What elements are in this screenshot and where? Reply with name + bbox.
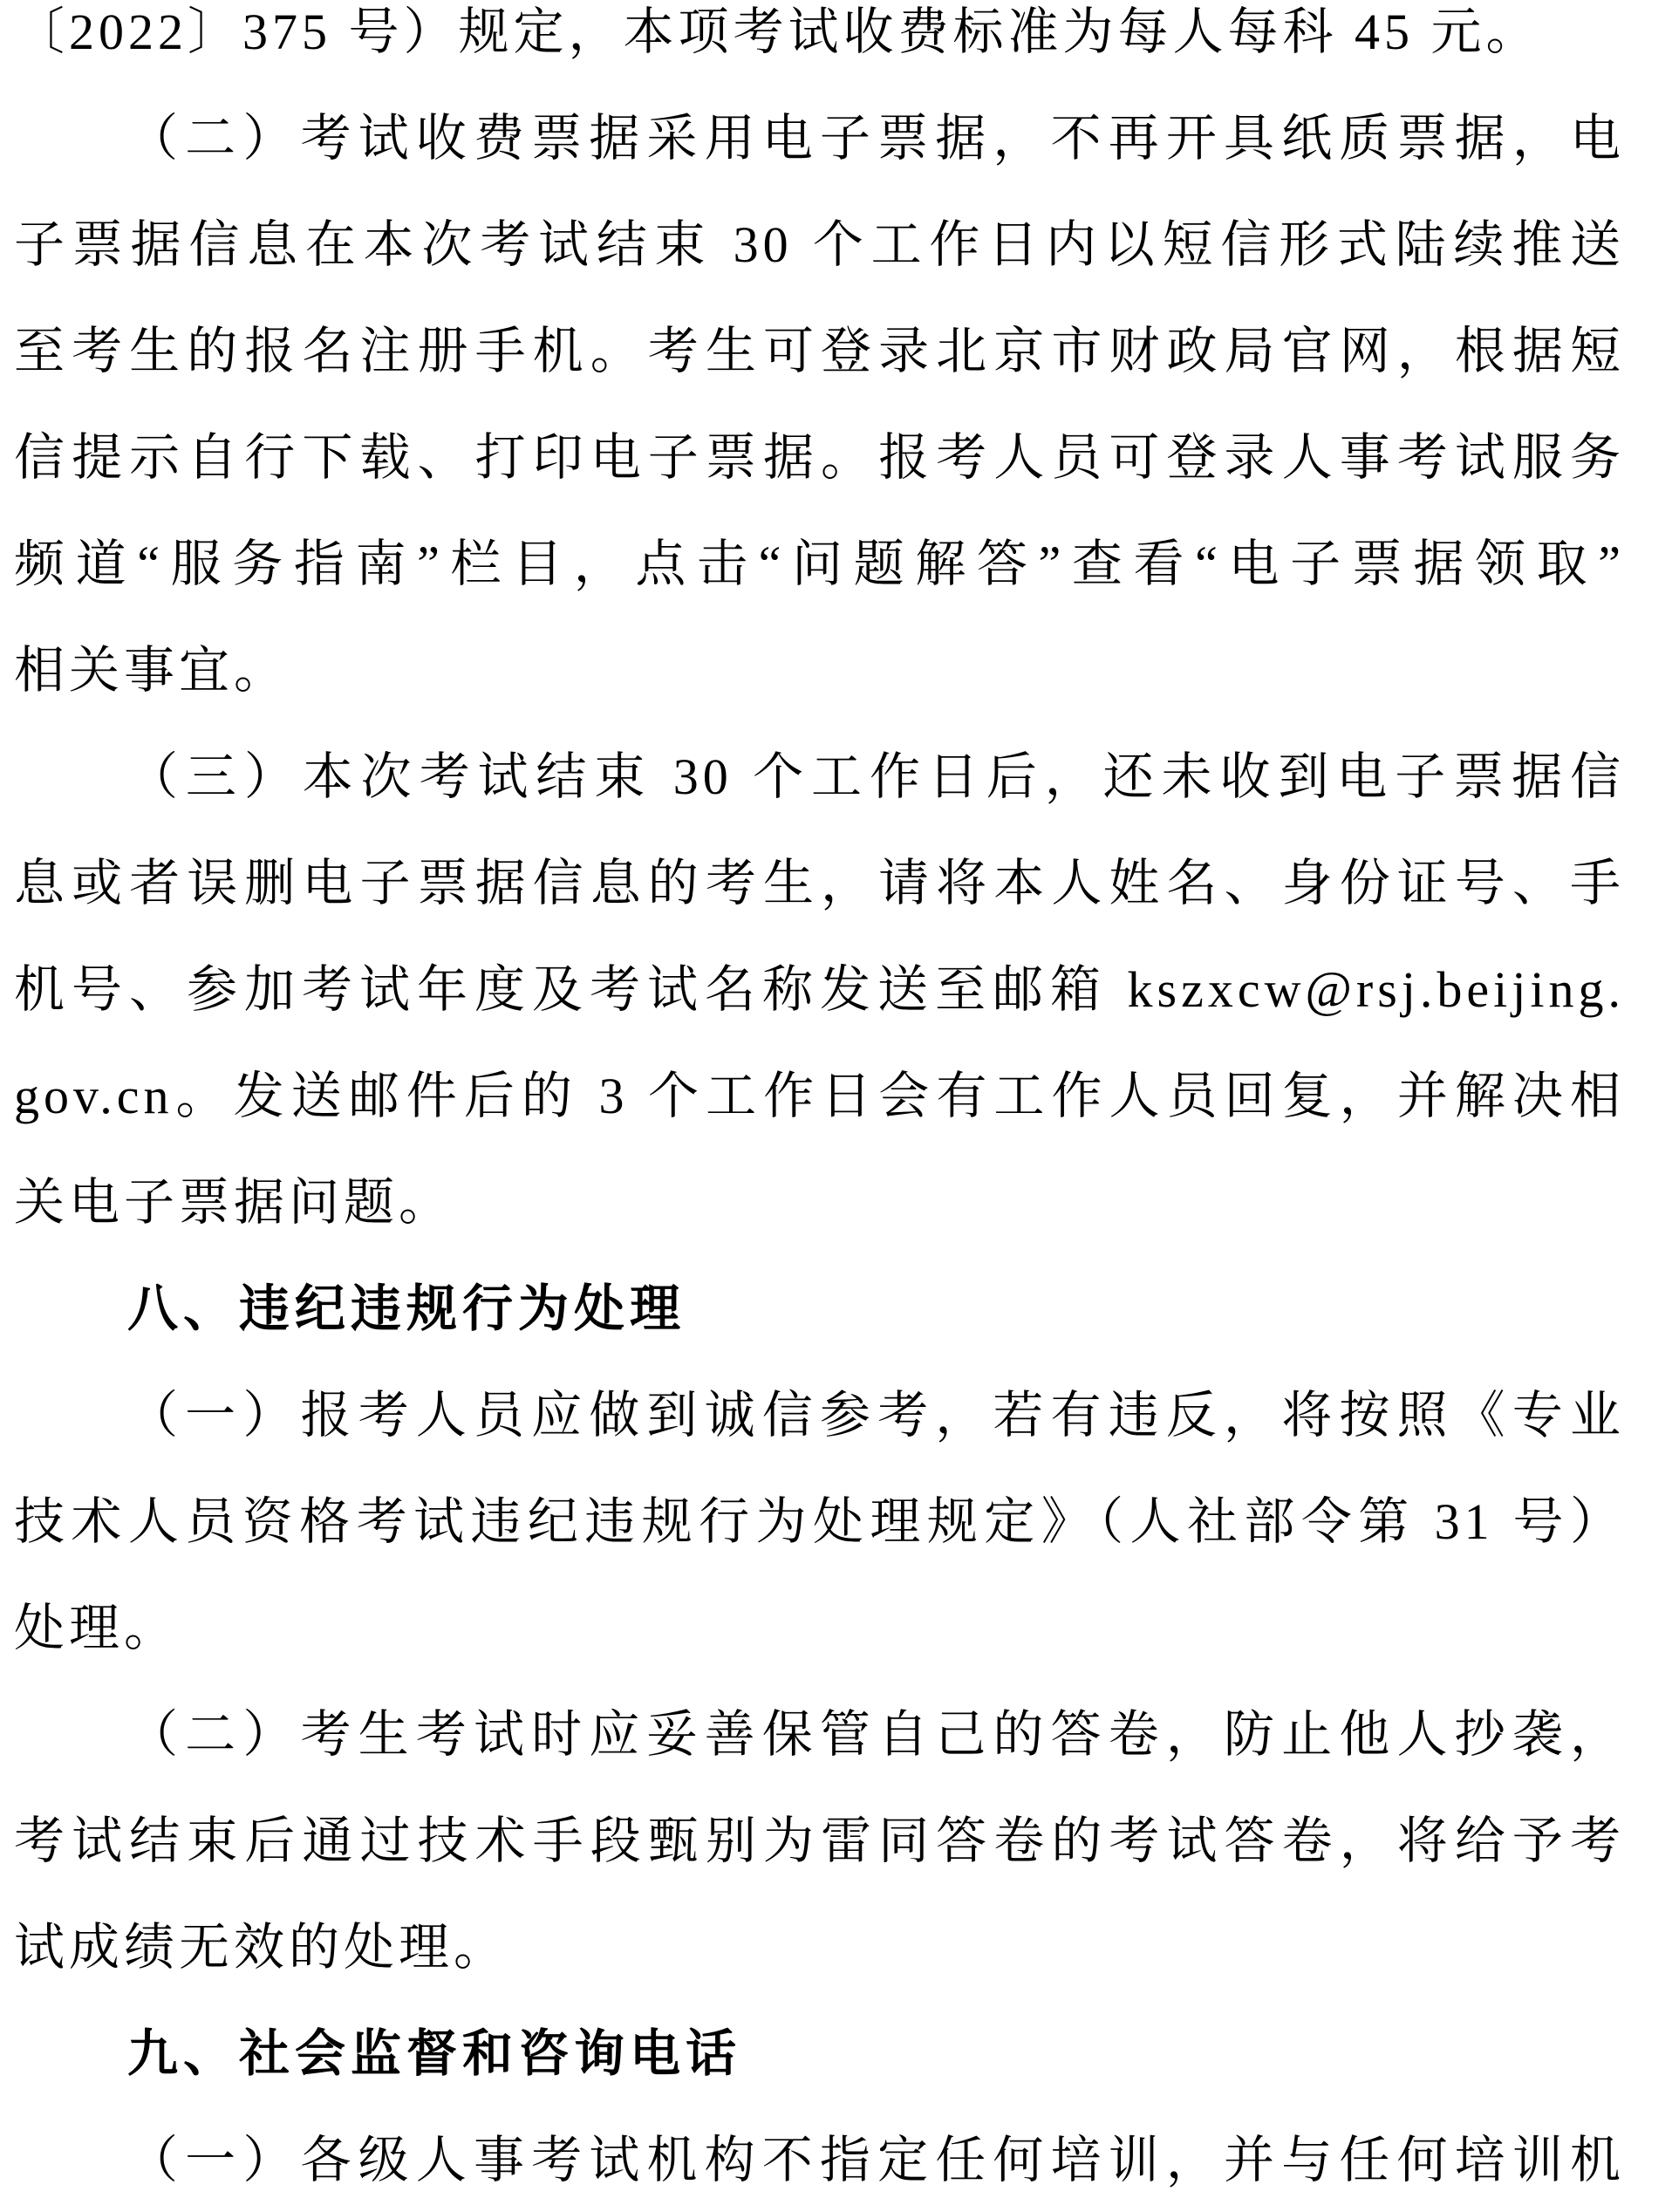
text-line: gov.cn。发送邮件后的 3 个工作日会有工作人员回复，并解决相 bbox=[14, 1043, 1625, 1150]
text-line: 〔2022〕375 号）规定，本项考试收费标准为每人每科 45 元。 bbox=[14, 0, 1625, 85]
text-line: 技术人员资格考试违纪违规行为处理规定》（人社部令第 31 号） bbox=[14, 1469, 1625, 1575]
text-line: 息或者误删电子票据信息的考生，请将本人姓名、身份证号、手 bbox=[14, 830, 1625, 937]
text-line: 试成绩无效的处理。 bbox=[14, 1895, 1625, 2001]
text-line: 机号、参加考试年度及考试名称发送至邮箱 kszxcw@rsj.beijing. bbox=[14, 937, 1625, 1043]
text-line: （二）考试收费票据采用电子票据，不再开具纸质票据，电 bbox=[14, 85, 1625, 192]
text-line: 至考生的报名注册手机。考生可登录北京市财政局官网，根据短 bbox=[14, 298, 1625, 405]
text-line: 考试结束后通过技术手段甄别为雷同答卷的考试答卷，将给予考 bbox=[14, 1788, 1625, 1895]
text-line: （三）本次考试结束 30 个工作日后，还未收到电子票据信 bbox=[14, 724, 1625, 830]
text-line: （二）考生考试时应妥善保管自己的答卷，防止他人抄袭， bbox=[14, 1682, 1625, 1788]
text-line: 相关事宜。 bbox=[14, 618, 1625, 724]
document-page: 〔2022〕375 号）规定，本项考试收费标准为每人每科 45 元。（二）考试收… bbox=[0, 0, 1672, 2212]
text-line: 子票据信息在本次考试结束 30 个工作日内以短信形式陆续推送 bbox=[14, 192, 1625, 298]
section-heading: 九、社会监督和咨询电话 bbox=[14, 2001, 1625, 2107]
text-line: 处理。 bbox=[14, 1575, 1625, 1682]
text-line: （一）报考人员应做到诚信参考，若有违反，将按照《专业 bbox=[14, 1362, 1625, 1469]
section-heading: 八、违纪违规行为处理 bbox=[14, 1256, 1625, 1362]
text-line: 关电子票据问题。 bbox=[14, 1150, 1625, 1256]
text-line: 频道“服务指南”栏目，点击“问题解答”查看“电子票据领取” bbox=[14, 511, 1625, 618]
document-content: 〔2022〕375 号）规定，本项考试收费标准为每人每科 45 元。（二）考试收… bbox=[14, 0, 1625, 2212]
text-line: （一）各级人事考试机构不指定任何培训，并与任何培训机 bbox=[14, 2107, 1625, 2212]
text-line: 信提示自行下载、打印电子票据。报考人员可登录人事考试服务 bbox=[14, 405, 1625, 511]
